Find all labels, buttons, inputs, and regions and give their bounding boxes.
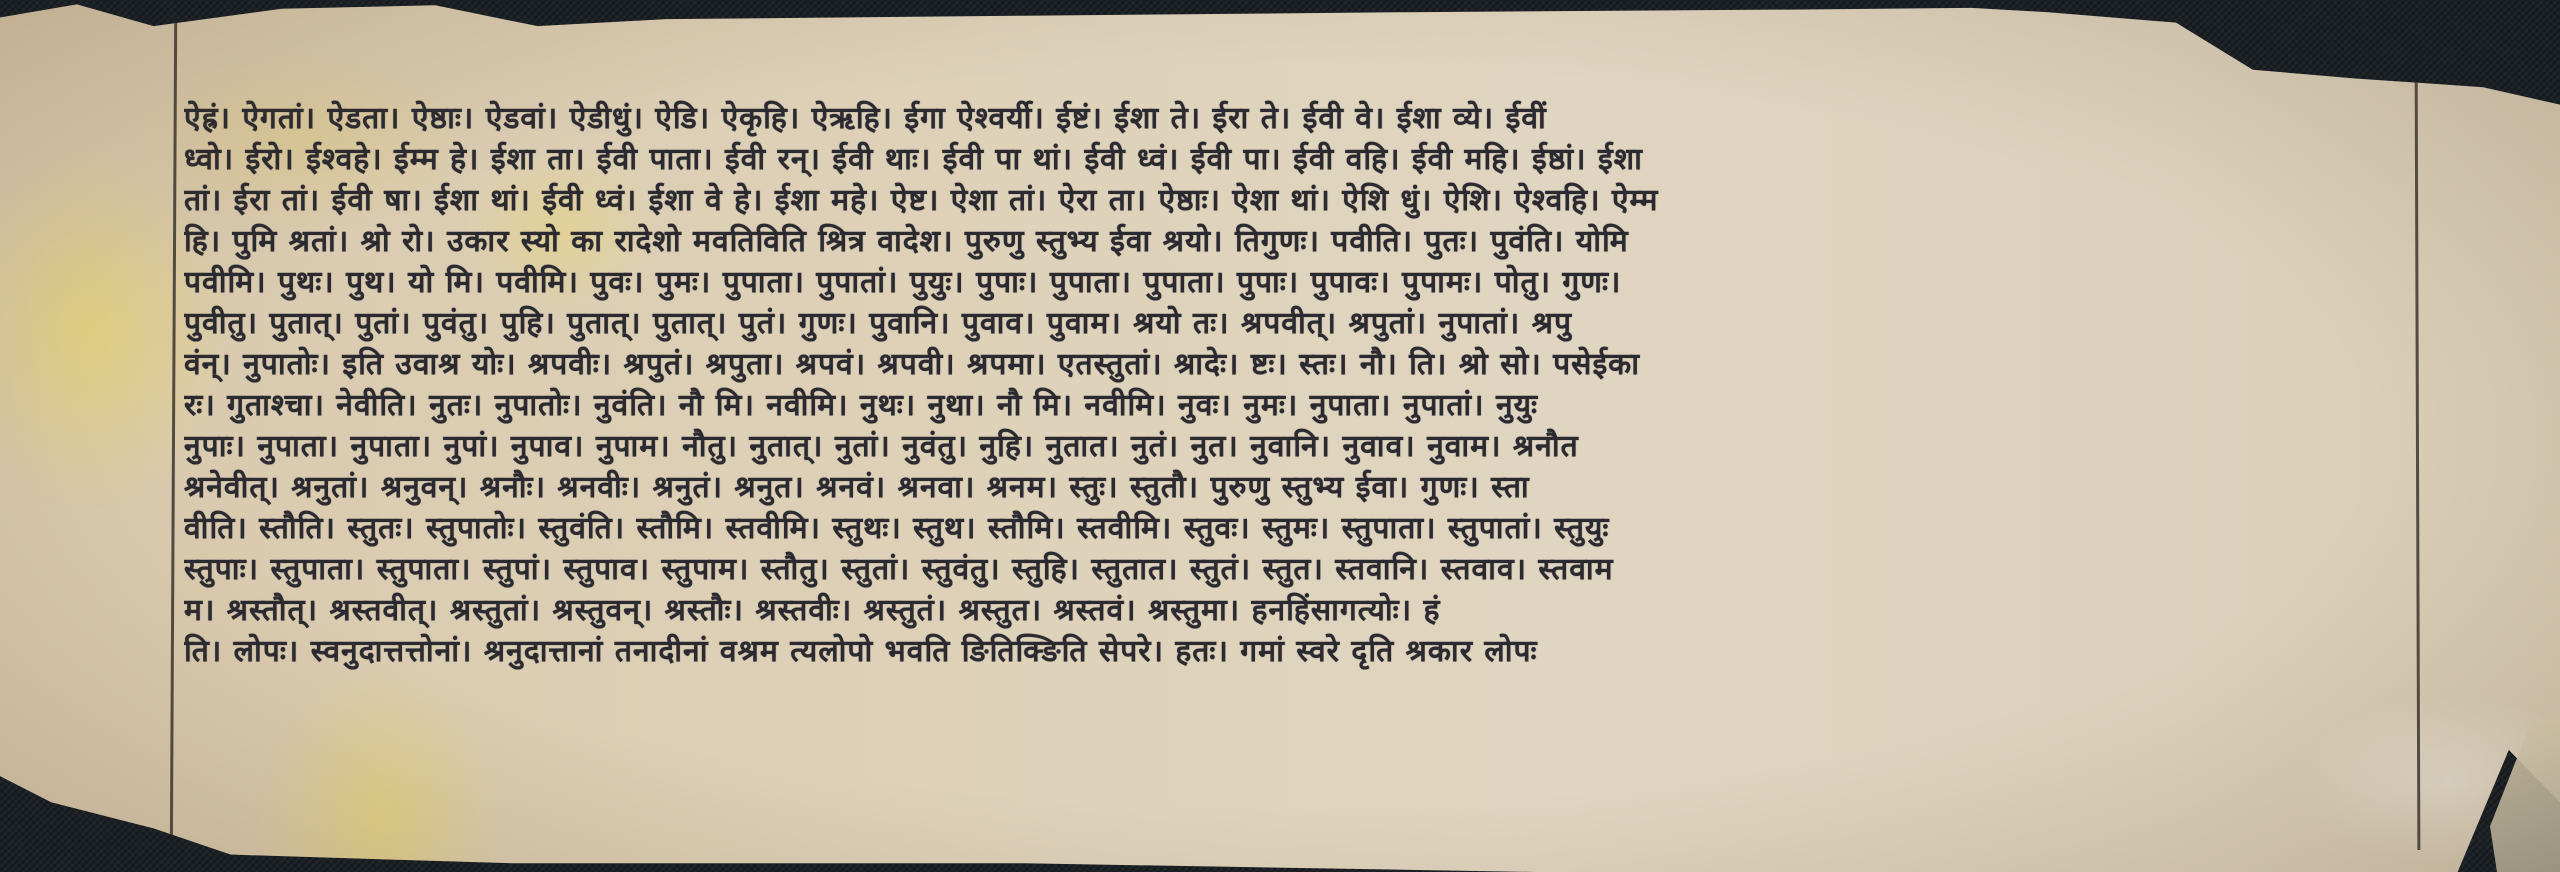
manuscript-line: तां। ईरा तां। ईवी षा। ईशा थां। ईवी ध्वं।…: [184, 180, 2410, 221]
manuscript-line: वीति। स्तौति। स्तुतः। स्तुपातोः। स्तुवंत…: [184, 508, 2410, 549]
manuscript-folio: ऐह्रं। ऐगतां। ऐडता। ऐष्ठाः। ऐडवां। ऐडीधु…: [0, 0, 2560, 872]
manuscript-line: ध्वो। ईरो। ईश्वहे। ईम्म हे। ईशा ता। ईवी …: [184, 139, 2410, 180]
left-margin-rule: [170, 18, 177, 858]
manuscript-line: वंन्। नुपातोः। इति उवाश्र योः। श्रपवीः। …: [184, 344, 2410, 385]
manuscript-text-block: ऐह्रं। ऐगतां। ऐडता। ऐष्ठाः। ऐडवां। ऐडीधु…: [184, 98, 2410, 672]
manuscript-line: स्तुपाः। स्तुपाता। स्तुपाता। स्तुपां। स्…: [184, 549, 2410, 590]
manuscript-line: म। श्रस्तौत्। श्रस्तवीत्। श्रस्तुतां। श्…: [184, 590, 2410, 631]
manuscript-line: ति। लोपः। स्वनुदात्तत्तोनां। श्रनुदात्ता…: [184, 631, 2410, 672]
manuscript-line: ऐह्रं। ऐगतां। ऐडता। ऐष्ठाः। ऐडवां। ऐडीधु…: [184, 98, 2410, 139]
manuscript-line: श्रनेवीत्। श्रनुतां। श्रनुवन्। श्रनौः। श…: [184, 467, 2410, 508]
right-margin-rule: [2415, 60, 2421, 850]
manuscript-line: पवीमि। पुथः। पुथ। यो मि। पवीमि। पुवः। पु…: [184, 262, 2410, 303]
manuscript-line: पुवीतु। पुतात्। पुतां। पुवंतु। पुहि। पुत…: [184, 303, 2410, 344]
manuscript-line: नुपाः। नुपाता। नुपाता। नुपां। नुपाव। नुप…: [184, 426, 2410, 467]
manuscript-line: रः। गुताश्चा। नेवीति। नुतः। नुपातोः। नुव…: [184, 385, 2410, 426]
manuscript-line: हि। पुमि श्रतां। श्रो रो। उकार स्यो का र…: [184, 221, 2410, 262]
